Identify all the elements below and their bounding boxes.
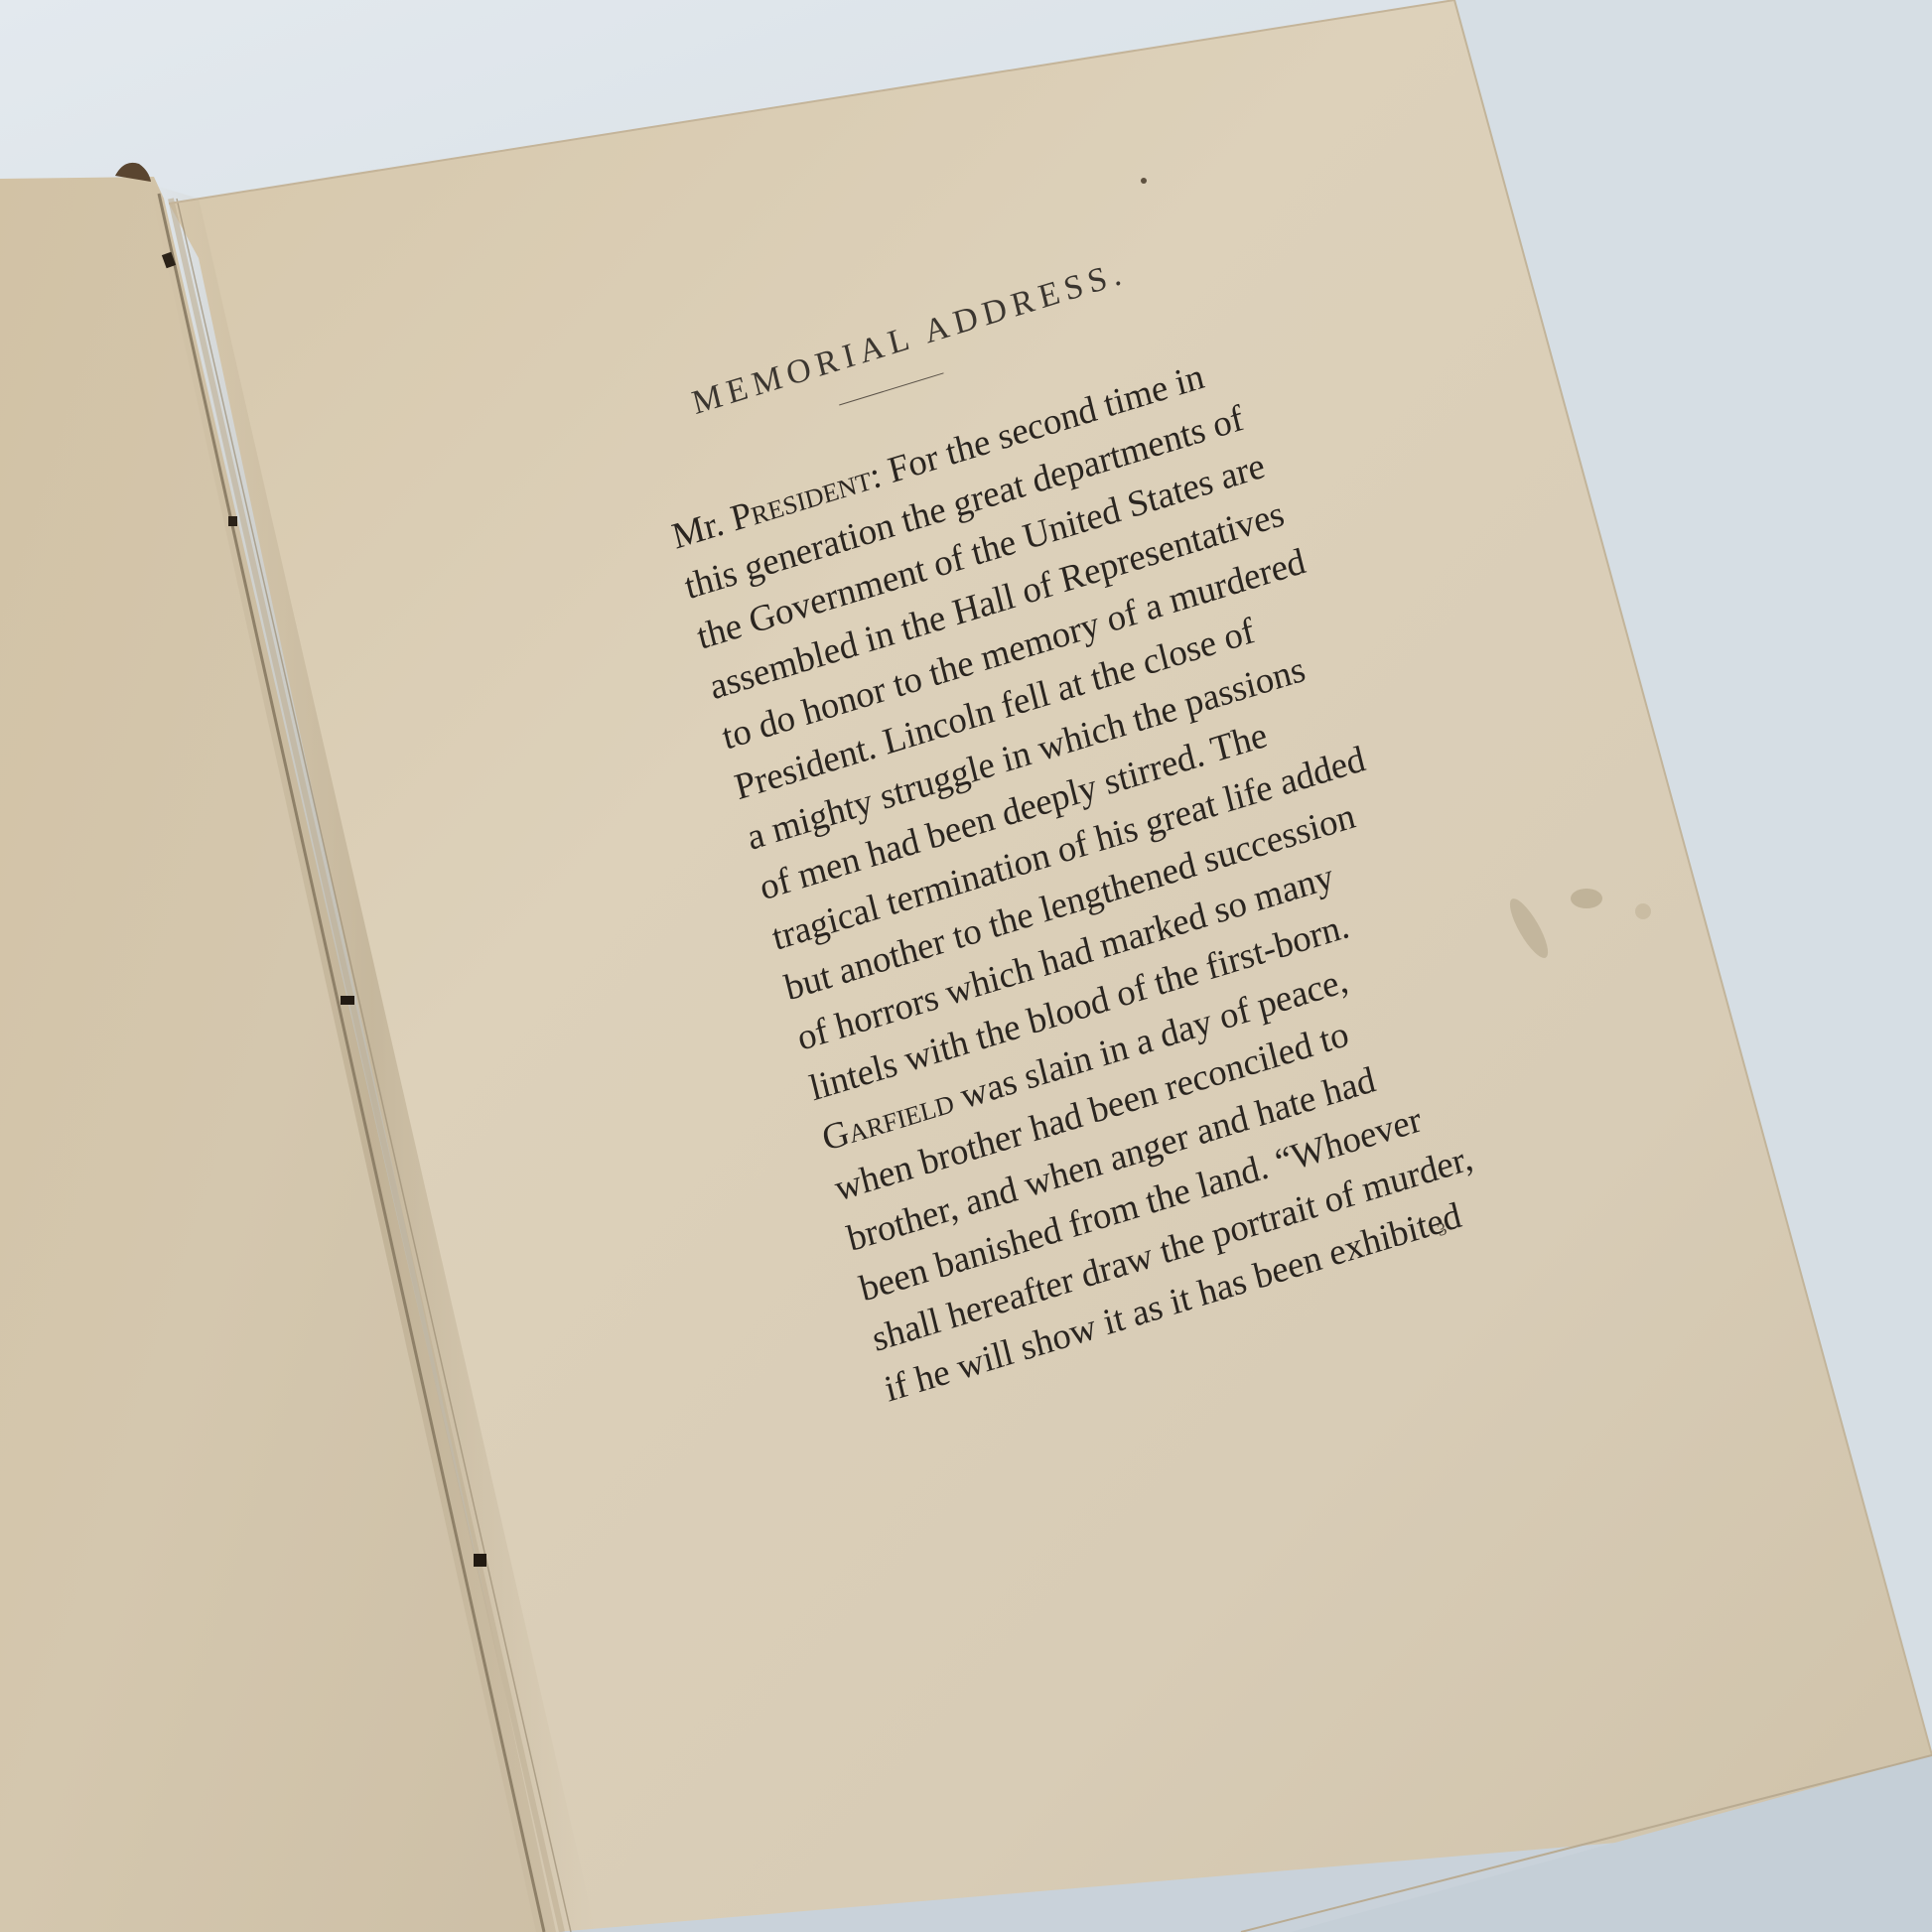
binding-stitch [228,516,237,526]
binding-stitch [341,996,354,1005]
foxing-stain [1571,889,1602,908]
binding-stitch [474,1554,486,1567]
